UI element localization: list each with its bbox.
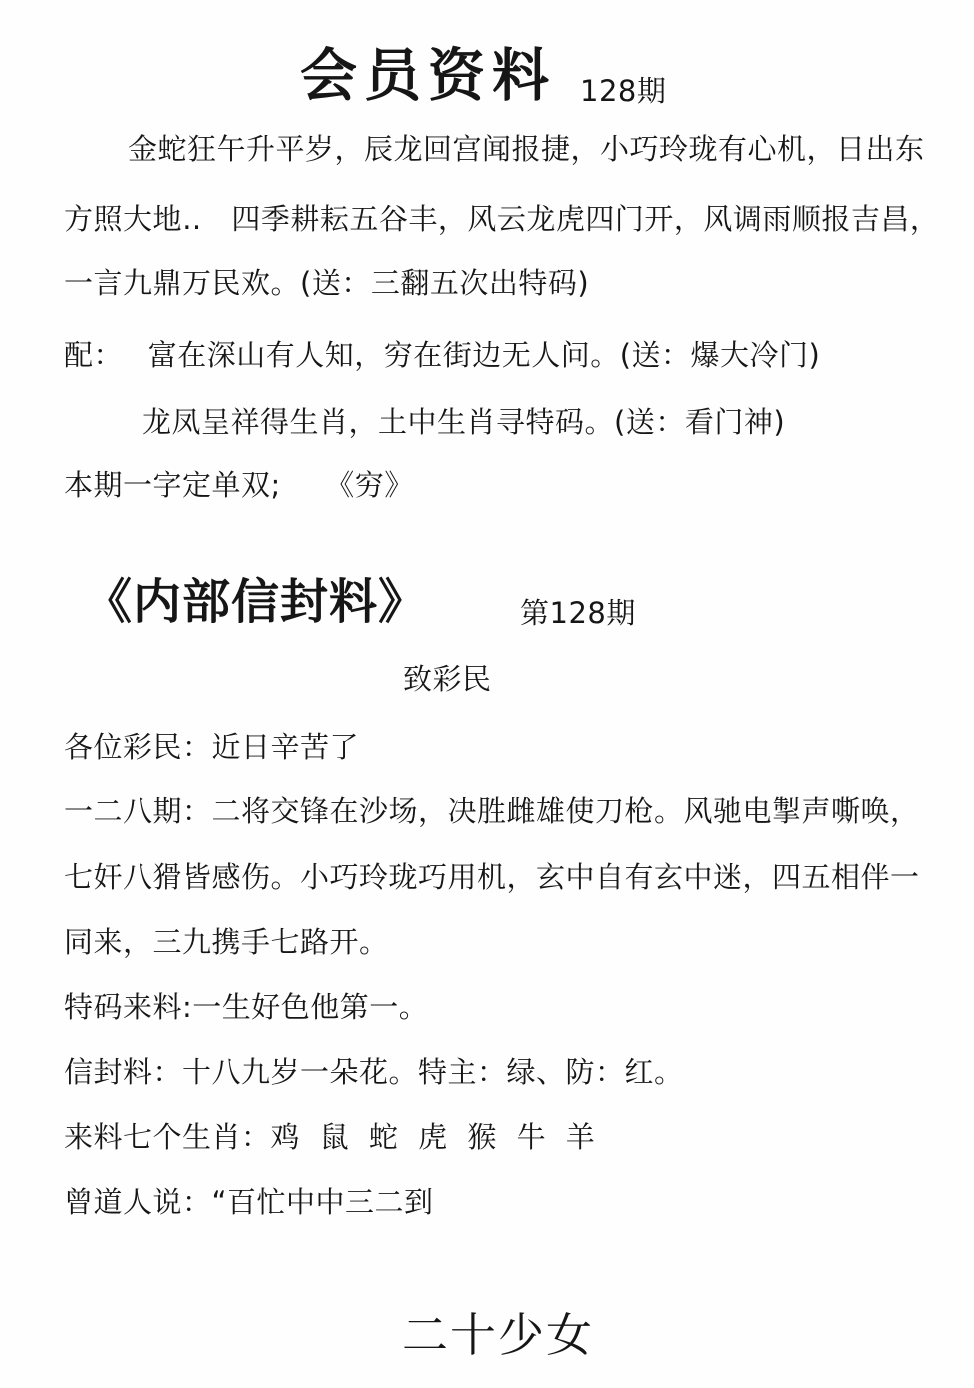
special-code-line: 特码来料:一生好色他第一。 <box>64 990 428 1025</box>
envelope-body-line-3: 同来，三九携手七路开。 <box>64 925 389 960</box>
envelope-title: 《内部信封料》 <box>84 574 427 632</box>
document-page: 会员资料 128期 金蛇狂午升平岁，辰龙回宫闻报捷，小巧玲珑有心机，日出东 方照… <box>0 0 974 1388</box>
poem-line-2: 方照大地‥ 四季耕耘五谷丰，风云龙虎四门开，风调雨顺报吉昌， <box>64 202 939 237</box>
zodiac-line: 来料七个生肖：鸡 鼠 蛇 虎 猴 牛 羊 <box>64 1120 595 1155</box>
footer-headline: 二十少女 <box>402 1308 594 1363</box>
poem-line-3: 一言九鼎万民欢。(送：三翻五次出特码) <box>64 266 589 301</box>
envelope-material-line: 信封料：十八九岁一朵花。特主：绿、防：红。 <box>64 1055 684 1090</box>
member-info-title: 会员资料 <box>300 42 556 110</box>
dan-shuang-line: 本期一字定单双; 《穷》 <box>64 468 414 503</box>
envelope-body-line-1: 一二八期：二将交锋在沙场，决胜雌雄使刀枪。风驰电掣声嘶唤， <box>64 794 920 829</box>
shengxiao-line: 龙凤呈祥得生肖，土中生肖寻特码。(送：看门神) <box>142 405 785 440</box>
pei-line: 配： 富在深山有人知，穷在街边无人问。(送：爆大冷门) <box>64 338 820 373</box>
member-info-issue: 128期 <box>580 74 666 109</box>
zengdaoren-line: 曾道人说：“百忙中中三二到 <box>64 1185 434 1220</box>
envelope-body-line-2: 七奸八猾皆感伤。小巧玲珑巧用机，玄中自有玄中迷，四五相伴一 <box>64 860 920 895</box>
salutation: 致彩民 <box>403 662 492 697</box>
envelope-issue: 第128期 <box>520 596 636 631</box>
greeting-line: 各位彩民：近日辛苦了 <box>64 730 359 765</box>
poem-line-1: 金蛇狂午升平岁，辰龙回宫闻报捷，小巧玲珑有心机，日出东 <box>128 132 925 167</box>
